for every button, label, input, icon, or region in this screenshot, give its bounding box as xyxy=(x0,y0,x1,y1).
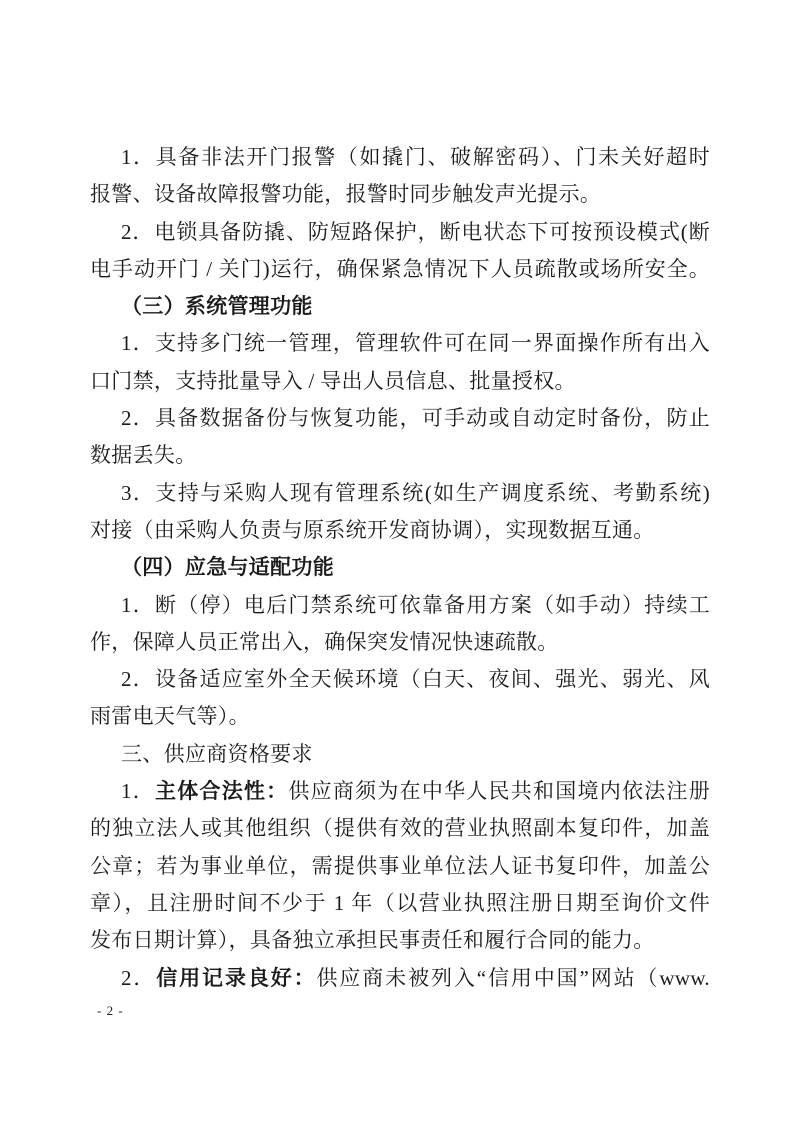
text-line: 1．主体合法性：供应商须为在中华人民共和国境内依法注册 xyxy=(90,773,710,810)
page-footer: - 2 - xyxy=(97,1002,124,1020)
text-line: 1．具备非法开门报警（如撬门、破解密码）、门未关好超时 xyxy=(90,139,710,176)
section-heading: （四）应急与适配功能 xyxy=(90,549,710,586)
text-line: 2．信用记录良好：供应商未被列入“信用中国”网站（www. xyxy=(90,960,710,997)
text-line: 2．电锁具备防撬、防短路保护，断电状态下可按预设模式(断 xyxy=(90,214,710,251)
body-text: 章），且注册时间不少于 1 年（以营业执照注册日期至询价文件 xyxy=(90,891,710,915)
emphasis-text: 主体合法性： xyxy=(155,780,288,803)
body-text: 1．具备非法开门报警（如撬门、破解密码）、门未关好超时 xyxy=(121,145,710,169)
body-text: 公章；若为事业单位，需提供事业单位法人证书复印件，加盖公 xyxy=(90,854,710,878)
body-text: 1．断（停）电后门禁系统可依靠备用方案（如手动）持续工 xyxy=(121,593,710,617)
text-line: 对接（由采购人负责与原系统开发商协调），实现数据互通。 xyxy=(90,512,710,549)
text-line: 1．支持多门统一管理，管理软件可在同一界面操作所有出入 xyxy=(90,325,710,362)
section-heading: 三、供应商资格要求 xyxy=(90,736,710,773)
body-text: 口门禁，支持批量导入 / 导出人员信息、批量授权。 xyxy=(90,369,576,393)
text-line: 2．设备适应室外全天候环境（白天、夜间、强光、弱光、风 xyxy=(90,661,710,698)
document-body: 1．具备非法开门报警（如撬门、破解密码）、门未关好超时报警、设备故障报警功能，报… xyxy=(90,139,710,997)
body-text: 三、供应商资格要求 xyxy=(121,742,313,766)
body-text: 供应商须为在中华人民共和国境内依法注册 xyxy=(288,779,710,803)
body-text: 电手动开门 / 关门)运行，确保紧急情况下人员疏散或场所安全。 xyxy=(90,257,710,281)
emphasis-text: 信用记录良好： xyxy=(156,967,316,990)
text-line: 3．支持与采购人现有管理系统(如生产调度系统、考勤系统) xyxy=(90,475,710,512)
emphasis-text: （四）应急与适配功能 xyxy=(121,556,334,579)
page-number: - 2 - xyxy=(97,1003,124,1018)
body-text: 的独立法人或其他组织（提供有效的营业执照副本复印件，加盖 xyxy=(90,816,710,840)
text-line: 作，保障人员正常出入，确保突发情况快速疏散。 xyxy=(90,624,710,661)
body-text: 2． xyxy=(121,966,156,990)
body-text: 作，保障人员正常出入，确保突发情况快速疏散。 xyxy=(90,630,559,654)
text-line: 2．具备数据备份与恢复功能，可手动或自动定时备份，防止 xyxy=(90,400,710,437)
document-page: 1．具备非法开门报警（如撬门、破解密码）、门未关好超时报警、设备故障报警功能，报… xyxy=(0,0,793,1122)
body-text: 报警、设备故障报警功能，报警时同步触发声光提示。 xyxy=(90,182,601,206)
text-line: 章），且注册时间不少于 1 年（以营业执照注册日期至询价文件 xyxy=(90,885,710,922)
body-text: 发布日期计算），具备独立承担民事责任和履行合同的能力。 xyxy=(90,928,655,952)
section-heading: （三）系统管理功能 xyxy=(90,288,710,325)
body-text: 2．电锁具备防撬、防短路保护，断电状态下可按预设模式(断 xyxy=(121,220,710,244)
text-line: 1．断（停）电后门禁系统可依靠备用方案（如手动）持续工 xyxy=(90,587,710,624)
text-line: 电手动开门 / 关门)运行，确保紧急情况下人员疏散或场所安全。 xyxy=(90,251,710,288)
text-line: 报警、设备故障报警功能，报警时同步触发声光提示。 xyxy=(90,176,710,213)
text-line: 口门禁，支持批量导入 / 导出人员信息、批量授权。 xyxy=(90,363,710,400)
body-text: 供应商未被列入“信用中国”网站（www. xyxy=(317,966,710,990)
body-text: 对接（由采购人负责与原系统开发商协调），实现数据互通。 xyxy=(90,518,655,542)
body-text: 雨雷电天气等）。 xyxy=(90,704,250,728)
body-text: 1． xyxy=(121,779,155,803)
text-line: 的独立法人或其他组织（提供有效的营业执照副本复印件，加盖 xyxy=(90,810,710,847)
body-text: 2．具备数据备份与恢复功能，可手动或自动定时备份，防止 xyxy=(121,406,710,430)
emphasis-text: （三）系统管理功能 xyxy=(121,295,313,318)
body-text: 数据丢失。 xyxy=(90,443,197,467)
text-line: 数据丢失。 xyxy=(90,437,710,474)
body-text: 2．设备适应室外全天候环境（白天、夜间、强光、弱光、风 xyxy=(121,667,710,691)
text-line: 公章；若为事业单位，需提供事业单位法人证书复印件，加盖公 xyxy=(90,848,710,885)
body-text: 3．支持与采购人现有管理系统(如生产调度系统、考勤系统) xyxy=(121,481,710,505)
text-line: 雨雷电天气等）。 xyxy=(90,698,710,735)
body-text: 1．支持多门统一管理，管理软件可在同一界面操作所有出入 xyxy=(121,331,710,355)
text-line: 发布日期计算），具备独立承担民事责任和履行合同的能力。 xyxy=(90,922,710,959)
